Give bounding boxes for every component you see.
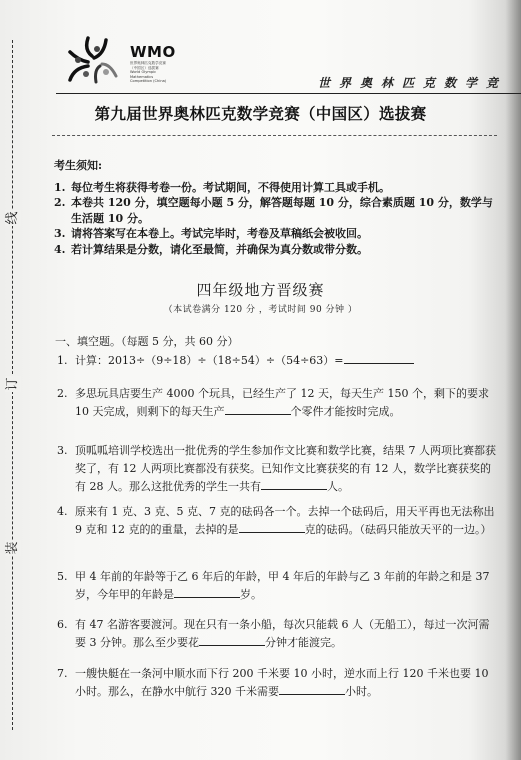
question-text-after: 小时。	[345, 685, 378, 698]
question-5: 5. 甲 4 年前的年龄等于乙 6 年后的年龄，甲 4 年后的年龄与乙 3 年前…	[57, 568, 497, 604]
question-3: 3. 顶呱呱培训学校选出一批优秀的学生参加作文比赛和数学比赛，结果 7 人两项比…	[57, 442, 497, 496]
header-rule	[56, 93, 521, 94]
question-num: 2.	[57, 385, 75, 421]
question-text-after: 分钟才能渡完。	[265, 636, 342, 649]
notice-item: 1. 每位考生将获得考卷一份。考试期间，不得使用计算工具或手机。	[54, 180, 494, 196]
question-4: 4. 原来有 1 克、3 克、5 克、7 克的砝码各一个。去掉一个砝码后，用天平…	[57, 503, 497, 539]
notice-num: 3.	[54, 226, 71, 242]
page-title: 第九届世界奥林匹克数学竞赛（中国区）选拔赛	[0, 102, 521, 124]
logo-subtitle-4: Competition (China)	[130, 79, 180, 84]
notice-num: 2.	[54, 195, 71, 226]
notice-heading: 考生须知:	[54, 158, 494, 174]
candidate-notice: 考生须知: 1. 每位考生将获得考卷一份。考试期间，不得使用计算工具或手机。 2…	[54, 158, 494, 257]
binding-char-ding: 订	[5, 376, 21, 392]
question-1: 1. 计算：2013÷（9÷18）÷（18÷54）÷（54÷63）=	[57, 352, 497, 370]
answer-blank[interactable]	[261, 478, 327, 490]
notice-text: 请将答案写在本卷上。考试完毕时，考卷及草稿纸会被收回。	[71, 226, 494, 242]
notice-num: 1.	[54, 180, 71, 196]
answer-blank[interactable]	[199, 634, 265, 646]
question-text-after: 个零件才能按时完成。	[291, 405, 401, 418]
notice-item: 4. 若计算结果是分数，请化至最简，并确保为真分数或带分数。	[54, 242, 494, 258]
question-text-after: 岁。	[240, 588, 262, 601]
wmo-logo-icon	[66, 36, 126, 86]
logo-subtitle-3: World Olympic Mathematics	[130, 70, 180, 79]
notice-item: 3. 请将答案写在本卷上。考试完毕时，考卷及草稿纸会被收回。	[54, 226, 494, 242]
answer-blank[interactable]	[225, 403, 291, 415]
section-heading: 一、填空题。（每题 5 分，共 60 分）	[55, 333, 238, 349]
question-6: 6. 有 47 名游客要渡河。现在只有一条小船，每次只能载 6 人（无船工），每…	[57, 616, 497, 652]
question-text-after: 克的砝码。（砝码只能放天平的一边。）	[305, 523, 492, 536]
header-banner: 世界奥林匹克数学竞	[318, 74, 507, 91]
notice-text: 若计算结果是分数，请化至最简，并确保为真分数或带分数。	[71, 242, 494, 258]
notice-text: 每位考生将获得考卷一份。考试期间，不得使用计算工具或手机。	[71, 180, 494, 196]
exam-page: 线 订 装 WMO 世界奥林匹克数学竞赛 （中国区）选拔赛 World Olym…	[0, 0, 521, 760]
answer-blank[interactable]	[239, 521, 305, 533]
answer-blank[interactable]	[174, 586, 240, 598]
binding-char-xian: 线	[5, 210, 21, 226]
question-text-after: 人。	[327, 480, 349, 493]
question-num: 6.	[57, 616, 75, 652]
title-dashed-rule	[52, 135, 497, 136]
question-num: 1.	[57, 352, 75, 370]
question-num: 7.	[57, 665, 75, 701]
question-text: 甲 4 年前的年龄等于乙 6 年后的年龄，甲 4 年后的年龄与乙 3 年前的年龄…	[75, 570, 489, 601]
logo-title: WMO	[130, 43, 180, 61]
notice-num: 4.	[54, 242, 71, 258]
question-num: 5.	[57, 568, 75, 604]
logo-text-block: WMO 世界奥林匹克数学竞赛 （中国区）选拔赛 World Olympic Ma…	[130, 43, 180, 84]
question-7: 7. 一艘快艇在一条河中顺水而下行 200 千米要 10 小时，逆水而上行 12…	[57, 665, 497, 701]
question-num: 3.	[57, 442, 75, 496]
question-num: 4.	[57, 503, 75, 539]
notice-item: 2. 本卷共 120 分，填空题每小题 5 分，解答题每题 10 分，综合素质题…	[54, 195, 494, 226]
binding-char-zhuang: 装	[5, 540, 21, 556]
answer-blank[interactable]	[344, 352, 414, 364]
exam-info: （本试卷满分 120 分 ，考试时间 90 分钟 ）	[0, 302, 521, 315]
exam-subtitle: 四年级地方晋级赛	[0, 279, 521, 300]
notice-text: 本卷共 120 分，填空题每小题 5 分，解答题每题 10 分，综合素质题 10…	[71, 195, 494, 226]
question-2: 2. 多思玩具店要生产 4000 个玩具，已经生产了 12 天，每天生产 150…	[57, 385, 497, 421]
answer-blank[interactable]	[279, 683, 345, 695]
question-text: 计算：2013÷（9÷18）÷（18÷54）÷（54÷63）=	[75, 354, 344, 367]
